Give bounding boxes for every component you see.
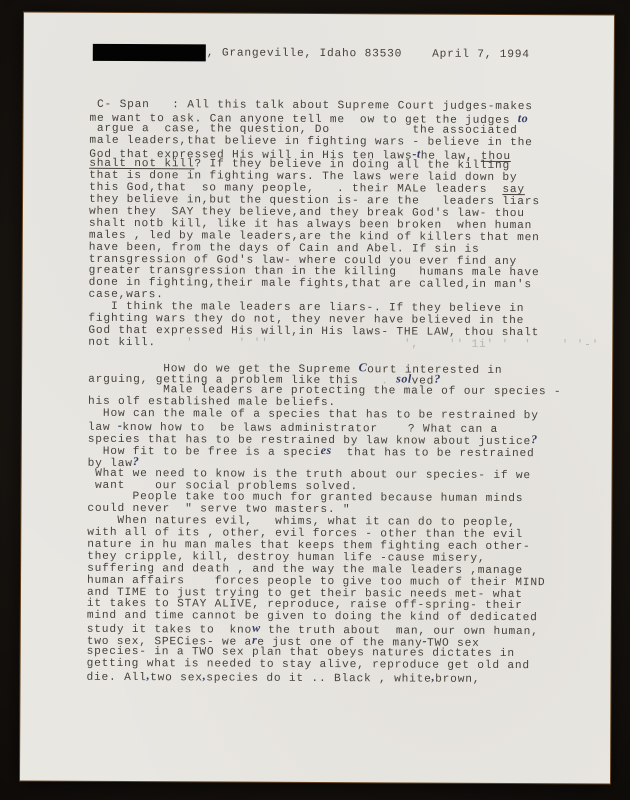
photo-backdrop: , Grangeville, Idaho 83530 April 7, 1994… (0, 0, 630, 800)
letter-header: , Grangeville, Idaho 83530 April 7, 1994 (207, 45, 530, 63)
date-text: April 7, 1994 (432, 49, 530, 62)
letter-line: How fit to be free is a species that has… (88, 445, 588, 460)
address-text: , Grangeville, Idaho 83530 (207, 47, 402, 60)
letter-page: , Grangeville, Idaho 83530 April 7, 1994… (20, 12, 614, 783)
redaction-box (93, 44, 206, 62)
letter-body: C- Span : All this talk about Supreme Co… (87, 100, 590, 685)
